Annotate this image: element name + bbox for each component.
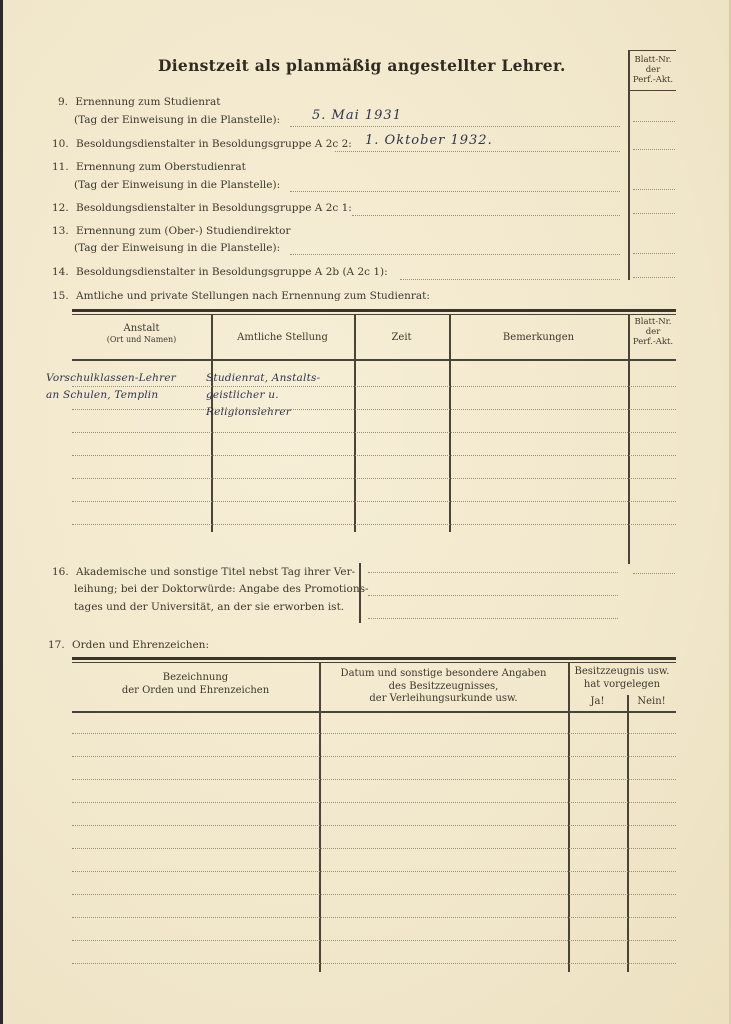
side-line-14[interactable]	[633, 277, 675, 278]
header-bezeichnung-line1: Bezeichnung	[72, 671, 319, 684]
item-16-line3: tages und der Universität, an der sie er…	[52, 599, 369, 616]
item-13-number: 13.	[52, 225, 69, 237]
item-10-number: 10.	[52, 138, 69, 150]
table15-col-divider-4	[628, 314, 630, 564]
table15-line[interactable]	[72, 478, 676, 479]
table17-line[interactable]	[72, 917, 676, 918]
table15-header-blatt: Blatt-Nr. der Perf.-Akt.	[630, 318, 676, 347]
item-10-value[interactable]: 1. Oktober 1932.	[365, 133, 493, 148]
table17-line[interactable]	[72, 871, 676, 872]
item-9-sublabel: (Tag der Einweisung in die Planstelle):	[74, 115, 280, 126]
table17-line[interactable]	[72, 779, 676, 780]
table17-top-rule	[72, 657, 676, 660]
item-11-field-line[interactable]	[290, 191, 620, 192]
item-17: 17. Orden und Ehrenzeichen:	[48, 640, 209, 651]
item-9-field-line[interactable]	[290, 126, 620, 127]
item-15-label: Amtliche und private Stellungen nach Ern…	[76, 290, 430, 302]
table15-row1-stellung[interactable]: Studienrat, Anstalts- geistlicher u. Rel…	[206, 370, 356, 420]
side-column-header: Blatt-Nr. der Perf.-Akt.	[630, 56, 676, 85]
table15-header-zeit: Zeit	[354, 331, 449, 344]
table17-line[interactable]	[72, 756, 676, 757]
side-header-line3: Perf.-Akt.	[630, 76, 676, 86]
side-column-top-rule	[628, 50, 676, 51]
item-15: 15. Amtliche und private Stellungen nach…	[52, 291, 430, 302]
row1-stellung-line1: Studienrat, Anstalts-	[206, 370, 356, 387]
table15-top-rule	[72, 309, 676, 312]
item-9-number: 9.	[58, 96, 68, 108]
item-9: 9. Ernennung zum Studienrat	[58, 97, 220, 108]
table15-line[interactable]	[72, 386, 676, 387]
side-line-11[interactable]	[633, 189, 675, 190]
table15-top-rule-2	[72, 314, 676, 315]
item-15-number: 15.	[52, 290, 69, 302]
table15-line[interactable]	[72, 432, 676, 433]
item-14-label: Besoldungsdienstalter in Besoldungsgrupp…	[76, 266, 388, 278]
table17-header-nein: Nein!	[627, 695, 676, 708]
row1-stellung-line2: geistlicher u. Religionslehrer	[206, 387, 356, 421]
header-datum-line2: des Besitzzeugnisses,	[319, 681, 568, 694]
page-binding-edge	[0, 0, 3, 1024]
header-anstalt-label: Anstalt	[72, 322, 211, 335]
side-column-header-rule	[628, 90, 676, 91]
table15-col-divider-3	[449, 314, 451, 532]
table17-top-rule-2	[72, 662, 676, 663]
header-besitz-line1: Besitzzeugnis usw.	[568, 666, 676, 679]
side-line-10[interactable]	[633, 149, 675, 150]
table15-col-divider-1	[211, 314, 213, 532]
header-blatt-line3: Perf.-Akt.	[630, 338, 676, 348]
item-12-field-line[interactable]	[352, 215, 620, 216]
header-datum-line1: Datum und sonstige besondere Angaben	[319, 668, 568, 681]
item-11-number: 11.	[52, 161, 69, 173]
table17-header-bezeichnung: Bezeichnung der Orden und Ehrenzeichen	[72, 671, 319, 697]
table17-header-ja: Ja!	[568, 695, 627, 708]
table17-line[interactable]	[72, 894, 676, 895]
item-17-number: 17.	[48, 639, 65, 651]
table17-header-rule	[72, 711, 676, 713]
table15-line[interactable]	[72, 501, 676, 502]
table15-header-rule	[72, 359, 676, 361]
table15-col-divider-2	[354, 314, 356, 532]
row1-anstalt-line1: Vorschulklassen-Lehrer	[46, 370, 211, 387]
side-line-13[interactable]	[633, 253, 675, 254]
item-16-field-line-2[interactable]	[368, 595, 618, 596]
table17-line[interactable]	[72, 963, 676, 964]
item-11-sublabel: (Tag der Einweisung in die Planstelle):	[74, 180, 280, 191]
table17-header-besitz: Besitzzeugnis usw. hat vorgelegen	[568, 666, 676, 691]
table17-line[interactable]	[72, 848, 676, 849]
side-line-16[interactable]	[633, 573, 675, 574]
item-12: 12. Besoldungsdienstalter in Besoldungsg…	[52, 203, 352, 214]
item-12-number: 12.	[52, 202, 69, 214]
side-line-12[interactable]	[633, 213, 675, 214]
item-9-label: Ernennung zum Studienrat	[75, 96, 220, 108]
table17-line[interactable]	[72, 825, 676, 826]
item-14-number: 14.	[52, 266, 69, 278]
table17-col-divider-3	[627, 695, 629, 972]
table17-col-divider-1	[319, 662, 321, 972]
item-13-field-line[interactable]	[290, 254, 620, 255]
header-bezeichnung-line2: der Orden und Ehrenzeichen	[72, 684, 319, 697]
item-16-number: 16.	[52, 566, 69, 578]
side-line-9[interactable]	[633, 121, 675, 122]
table15-line[interactable]	[72, 524, 676, 525]
item-10-label: Besoldungsdienstalter in Besoldungsgrupp…	[76, 138, 352, 150]
table15-line[interactable]	[72, 409, 676, 410]
item-16-line1: Akademische und sonstige Titel nebst Tag…	[76, 566, 355, 578]
item-11-label: Ernennung zum Oberstudienrat	[76, 161, 246, 173]
header-anstalt-sublabel: (Ort und Namen)	[72, 335, 211, 345]
item-16-field-border	[359, 563, 361, 623]
item-9-value[interactable]: 5. Mai 1931	[312, 108, 402, 123]
item-12-label: Besoldungsdienstalter in Besoldungsgrupp…	[76, 202, 352, 214]
item-10-field-line[interactable]	[335, 151, 620, 152]
table17-col-divider-2	[568, 662, 570, 972]
item-17-label: Orden und Ehrenzeichen:	[72, 639, 209, 651]
table15-header-stellung: Amtliche Stellung	[211, 331, 354, 344]
item-14: 14. Besoldungsdienstalter in Besoldungsg…	[52, 267, 388, 278]
table17-line[interactable]	[72, 940, 676, 941]
header-besitz-line2: hat vorgelegen	[568, 679, 676, 692]
table15-line[interactable]	[72, 455, 676, 456]
item-14-field-line[interactable]	[400, 279, 620, 280]
item-13: 13. Ernennung zum (Ober-) Studiendirekto…	[52, 226, 291, 237]
item-16: 16. Akademische und sonstige Titel nebst…	[52, 564, 369, 616]
table17-line[interactable]	[72, 733, 676, 734]
item-13-label: Ernennung zum (Ober-) Studiendirektor	[76, 225, 290, 237]
header-datum-line3: der Verleihungsurkunde usw.	[319, 693, 568, 706]
item-16-field-line-1[interactable]	[368, 572, 618, 573]
item-10: 10. Besoldungsdienstalter in Besoldungsg…	[52, 139, 352, 150]
row1-anstalt-line2: an Schulen, Templin	[46, 387, 211, 404]
table15-header-anstalt: Anstalt (Ort und Namen)	[72, 322, 211, 345]
form-page: Dienstzeit als planmäßig angestellter Le…	[0, 0, 731, 1024]
page-title: Dienstzeit als planmäßig angestellter Le…	[158, 56, 566, 75]
item-13-sublabel: (Tag der Einweisung in die Planstelle):	[74, 243, 280, 254]
table17-line[interactable]	[72, 802, 676, 803]
table17-header-datum: Datum und sonstige besondere Angaben des…	[319, 668, 568, 706]
item-16-field-line-3[interactable]	[368, 618, 618, 619]
table15-header-bemerkungen: Bemerkungen	[449, 331, 628, 344]
item-11: 11. Ernennung zum Oberstudienrat	[52, 162, 246, 173]
item-16-line2: leihung; bei der Doktorwürde: Angabe des…	[52, 581, 369, 598]
